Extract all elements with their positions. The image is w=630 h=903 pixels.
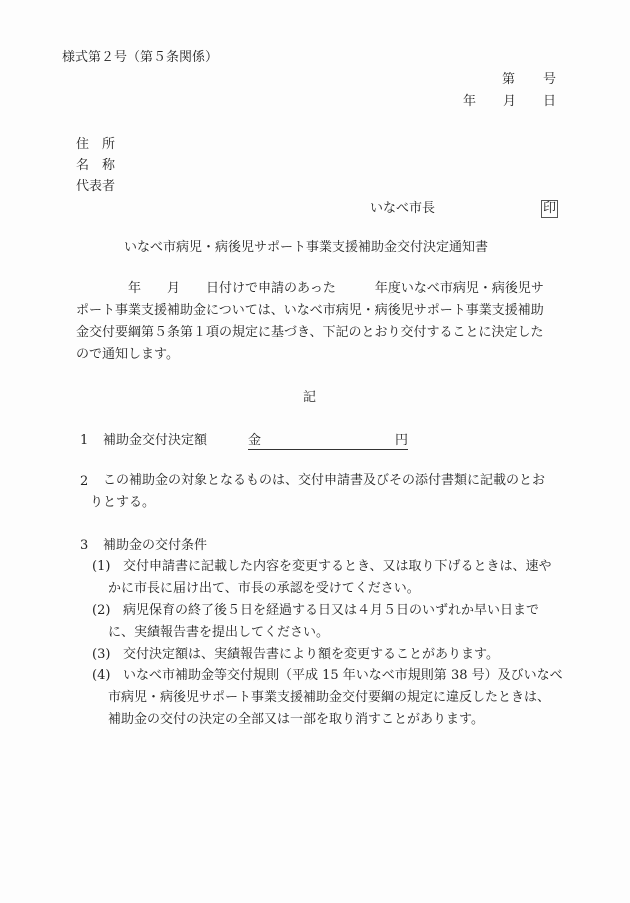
condition-4-line: 補助金の交付の決定の全部又は一部を取り消すことがあります。 <box>108 712 484 728</box>
item2-line: りとする。 <box>90 492 155 514</box>
address-label: 住 所 <box>76 137 115 153</box>
body-line: ので通知します。 <box>76 344 544 366</box>
condition-2-line: 病児保育の終了後５日を経過する日又は４月５日のいずれか早い日まで <box>123 603 539 619</box>
item2-text-cont: りとする。 <box>90 492 155 514</box>
ki-heading: 記 <box>303 390 316 406</box>
representative-label: 代表者 <box>76 179 115 195</box>
amount-field: 金 円 <box>248 433 408 450</box>
amount-kin: 金 <box>248 433 261 448</box>
number-dai: 第 <box>502 72 515 88</box>
amount-yen: 円 <box>395 433 408 449</box>
name-label: 名 称 <box>76 158 115 174</box>
issuer-name: いなべ市長 <box>370 201 435 217</box>
date-day: 日 <box>543 94 556 110</box>
body-line: ポート事業支援補助金については、いなべ市病児・病後児サポート事業支援補助 <box>76 300 544 322</box>
date-year: 年 <box>463 94 476 110</box>
item1-label: 補助金交付決定額 <box>103 433 207 449</box>
date-month: 月 <box>503 94 516 110</box>
body-line: 金交付要綱第５条第１項の規定に基づき、下記のとおり交付することに決定した <box>76 322 544 344</box>
form-label: 様式第２号（第５条関係） <box>62 50 218 66</box>
condition-4-line: いなべ市補助金等交付規則（平成 15 年いなべ市規則第 38 号）及びいなべ <box>123 668 563 684</box>
condition-2-number: (2) <box>92 603 110 619</box>
item2-text: この補助金の対象となるものは、交付申請書及びその添付書類に記載のとお <box>103 470 545 492</box>
body-line: 年 月 日付けで申請のあった 年度いなべ市病児・病後児サ <box>76 278 544 300</box>
condition-3-line: 交付決定額は、実績報告書により額を変更することがあります。 <box>123 647 499 663</box>
item3-number: 3 <box>80 538 88 554</box>
condition-1-line: 交付申請書に記載した内容を変更するとき、又は取り下げるときは、速や <box>123 559 551 575</box>
body-paragraph: 年 月 日付けで申請のあった 年度いなべ市病児・病後児サ ポート事業支援補助金に… <box>76 278 544 366</box>
condition-1-number: (1) <box>92 559 110 575</box>
item1-number: 1 <box>80 433 88 449</box>
condition-4-number: (4) <box>92 668 110 684</box>
condition-1-line: かに市長に届け出て、市長の承認を受けてください。 <box>108 581 420 597</box>
number-go: 号 <box>543 72 556 88</box>
condition-4-line: 市病児・病後児サポート事業支援補助金交付要綱の規定に違反したときは、 <box>108 690 550 706</box>
condition-2-line: に、実績報告書を提出してください。 <box>108 625 329 641</box>
condition-3-number: (3) <box>92 647 110 663</box>
item3-label: 補助金の交付条件 <box>103 538 207 554</box>
item2-number: 2 <box>80 474 88 490</box>
document-title: いなべ市病児・病後児サポート事業支援補助金交付決定通知書 <box>124 240 488 256</box>
item2-line: この補助金の対象となるものは、交付申請書及びその添付書類に記載のとお <box>103 470 545 492</box>
seal-box: 印 <box>541 200 558 218</box>
